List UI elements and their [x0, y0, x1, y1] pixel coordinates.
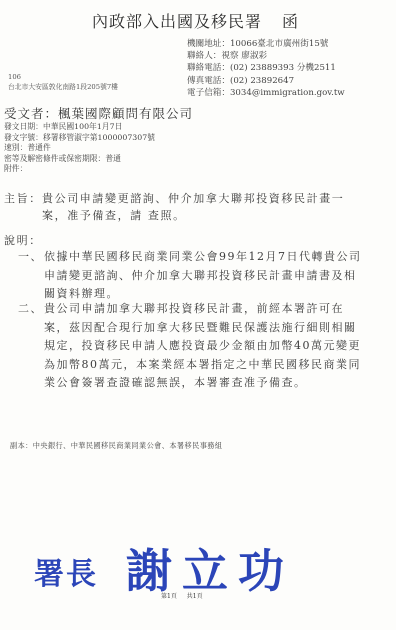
contact-info: 機關地址：10066臺北市廣州街15號 聯絡人：視察 廖淑彩 聯絡電話：(02)…	[187, 38, 345, 99]
page-indicator: 第1頁 共1頁	[161, 591, 203, 600]
contact-phone: 聯絡電話：(02) 23889393 分機2511	[187, 62, 345, 74]
agency-address: 機關地址：10066臺北市廣州街15號	[187, 38, 345, 50]
recipient: 受文者：楓葉國際顧問有限公司	[4, 104, 193, 122]
contact-fax: 傳真電話：(02) 23892647	[187, 75, 345, 87]
document-number: 發文字號：移署移管淑字第1000007307號	[4, 133, 155, 144]
street-address: 台北市大安區敦化南路1段205號7樓	[8, 82, 118, 92]
contact-email: 電子信箱：3034@immigration.gov.tw	[187, 87, 345, 99]
item-line: 貴公司申請加拿大聯邦投資移民計畫，前經本署許可在	[44, 300, 361, 319]
item-line: 案，茲因配合現行加拿大移民暨難民保護法施行細則相關	[44, 319, 361, 338]
document-type: 函	[282, 12, 299, 31]
signatory-name: 謝立功	[126, 535, 294, 601]
explanation-item: 一、 依據中華民國移民商業同業公會99年12月7日代轉貴公司 申請變更諮詢、仲介…	[18, 248, 362, 304]
attachment: 附件：	[4, 164, 155, 175]
total-pages: 共1頁	[187, 593, 203, 600]
item-number: 二、	[18, 300, 43, 319]
item-line: 為加幣80萬元，本案業經本署指定之中華民國移民商業同	[44, 356, 361, 375]
explanation-item: 二、 貴公司申請加拿大聯邦投資移民計畫，前經本署許可在 案，茲因配合現行加拿大移…	[18, 300, 361, 393]
agency-name: 內政部入出國及移民署	[92, 12, 262, 31]
postal-code: 106	[8, 72, 118, 82]
speed-class: 速別：普通件	[4, 143, 155, 154]
contact-person: 聯絡人：視察 廖淑彩	[187, 50, 345, 62]
subject-label: 主旨：	[4, 190, 42, 207]
item-line: 申請變更諮詢、仲介加拿大聯邦投資移民計畫申請書及相	[44, 267, 362, 286]
item-line: 依據中華民國移民商業同業公會99年12月7日代轉貴公司	[44, 248, 362, 267]
item-line: 業公會簽署查證確認無誤，本署審查准予備查。	[44, 374, 361, 393]
subject-section: 主旨：貴公司申請變更諮詢、仲介加拿大聯邦投資移民計畫一 案，准予備查，請 查照。	[4, 190, 344, 224]
signatory-title: 署長	[34, 549, 98, 593]
item-line: 規定，投資移民申請人應投資最少金額由加幣40萬元變更	[44, 337, 361, 356]
current-page: 第1頁	[161, 593, 177, 600]
item-number: 一、	[18, 248, 43, 267]
document-meta: 發文日期：中華民國100年1月7日 發文字號：移署移管淑字第1000007307…	[4, 122, 155, 175]
recipient-address: 106 台北市大安區敦化南路1段205號7樓	[8, 72, 118, 92]
subject-line: 貴公司申請變更諮詢、仲介加拿大聯邦投資移民計畫一	[42, 192, 344, 205]
explanation-label: 說明：	[4, 232, 42, 248]
secrecy-level: 密等及解密條件或保密期限：普通	[4, 154, 155, 165]
document-title: 內政部入出國及移民署函	[92, 9, 299, 32]
issue-date: 發文日期：中華民國100年1月7日	[4, 122, 155, 133]
carbon-copy: 副本：中央銀行、中華民國移民商業同業公會、本署移民事務組	[10, 441, 222, 451]
subject-line: 案，准予備查，請 查照。	[4, 207, 344, 224]
